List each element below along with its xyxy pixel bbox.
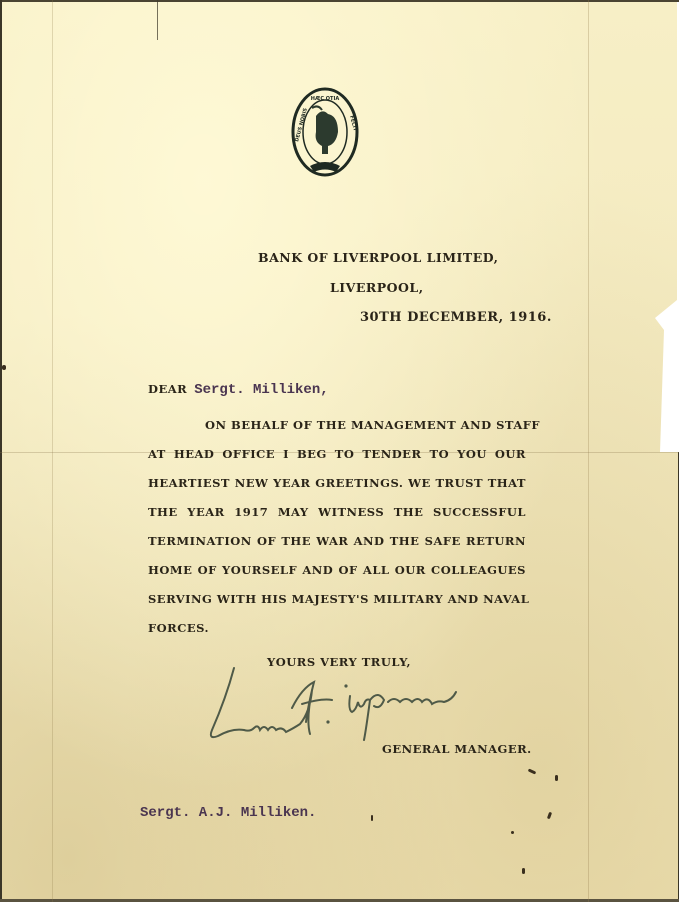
body-line: AT HEAD OFFICE I BEG TO TENDER TO YOU OU… (148, 447, 526, 461)
body-line: HEARTIEST NEW YEAR GREETINGS. WE TRUST T… (148, 476, 526, 490)
liver-bird-icon: HÆC OTIA DEUS NOBIS FECIT (290, 86, 360, 186)
bank-seal: HÆC OTIA DEUS NOBIS FECIT (290, 86, 360, 186)
letter-page: HÆC OTIA DEUS NOBIS FECIT BANK OF LIVERP… (0, 0, 679, 902)
body-line: SERVING WITH HIS MAJESTY'S MILITARY AND … (148, 592, 526, 606)
fold-crease (588, 0, 589, 902)
salutation: DEAR Sergt. Milliken, (148, 382, 329, 398)
paper-edge-left (0, 0, 2, 902)
salutation-recipient: Sergt. Milliken, (194, 382, 328, 398)
paper-edge-top (0, 0, 679, 2)
svg-text:HÆC OTIA: HÆC OTIA (311, 96, 340, 102)
body-line: ON BEHALF OF THE MANAGEMENT AND STAFF (205, 418, 526, 432)
body-line: FORCES. (148, 621, 526, 635)
city: LIVERPOOL, (330, 280, 424, 295)
fold-crease (52, 0, 53, 902)
letter-date: 30TH DECEMBER, 1916. (360, 310, 552, 325)
bank-name: BANK OF LIVERPOOL LIMITED, (258, 250, 498, 265)
signature-icon (200, 660, 520, 750)
body-line: HOME OF YOURSELF AND OF ALL OUR COLLEAGU… (148, 563, 526, 577)
addressee-line: Sergt. A.J. Milliken. (140, 805, 316, 821)
body-line: TERMINATION OF THE WAR AND THE SAFE RETU… (148, 534, 526, 548)
signatory-title: GENERAL MANAGER. (382, 742, 532, 756)
salutation-prefix: DEAR (148, 382, 187, 396)
fold-crease (157, 0, 158, 40)
handwritten-signature (200, 660, 520, 750)
body-line: THE YEAR 1917 MAY WITNESS THE SUCCESSFUL (148, 505, 526, 519)
